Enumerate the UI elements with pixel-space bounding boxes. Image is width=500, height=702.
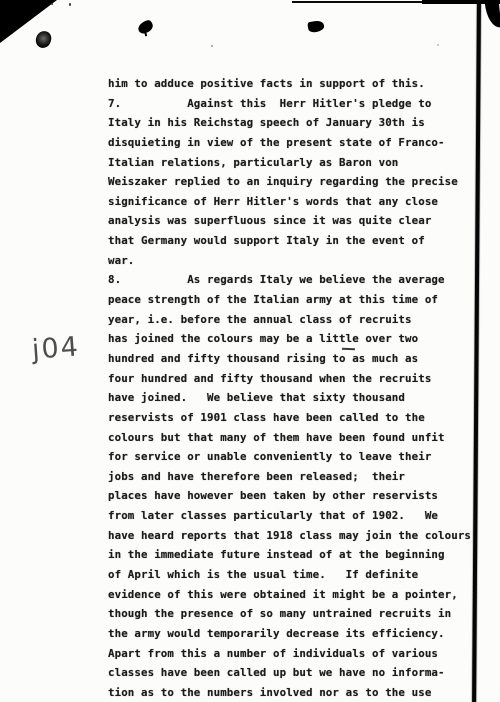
text-line: Weiszaker replied to an inquiry regardin… [108,172,471,192]
text-line: tion as to the numbers involved nor as t… [108,683,471,702]
text-line: 7. Against this Herr Hitler's pledge to [108,94,471,114]
text-line: Italian relations, particularly as Baron… [108,153,471,173]
text-line: the army would temporarily decrease its … [108,624,471,644]
scan-corner-shadow [485,0,500,29]
text-line: evidence of this were obtained it might … [108,585,471,605]
text-line: that Germany would support Italy in the … [108,231,471,251]
text-line: hundred and fifty thousand rising to as … [108,349,471,369]
text-line: Italy in his Reichstag speech of January… [108,113,471,133]
text-line: have heard reports that 1918 class may j… [108,526,471,546]
text-line: him to adduce positive facts in support … [108,74,471,94]
text-line: have joined. We believe that sixty thous… [108,388,471,408]
text-line: classes have been called up but we have … [108,663,471,683]
handwritten-note: j04 [31,331,81,365]
document-text: him to adduce positive facts in support … [108,74,471,702]
ink-blot-icon [307,20,325,34]
text-line: four hundred and fifty thousand when the… [108,369,471,389]
text-line: from later classes particularly that of … [108,506,471,526]
document-page: j04 him to adduce positive facts in supp… [0,0,500,702]
text-line: jobs and have therefore been released; t… [108,467,471,487]
text-line: reservists of 1901 class have been calle… [108,408,471,428]
text-line: disquieting in view of the present state… [108,133,471,153]
text-line: though the presence of so many untrained… [108,604,471,624]
scan-edge-line-top [292,1,424,3]
text-line: year, i.e. before the annual class of re… [108,310,471,330]
text-line: for service or unable conveniently to le… [108,447,471,467]
dust-speck [211,45,213,47]
text-line: of April which is the usual time. If def… [108,565,471,585]
scan-edge-line-right [472,0,481,702]
text-line: Apart from this a number of individuals … [108,644,471,664]
text-line: war. [108,251,471,271]
text-line: 8. As regards Italy we believe the avera… [108,270,471,290]
text-line: colours but that many of them have been … [108,428,471,448]
text-line: significance of Herr Hitler's words that… [108,192,471,212]
text-line: has joined the colours may be a little o… [108,329,471,349]
ink-blot-icon [137,19,154,34]
dust-speck [51,3,53,5]
dust-speck [437,44,439,46]
text-line: peace strength of the Italian army at th… [108,290,471,310]
text-line: places have however been taken by other … [108,486,471,506]
text-line: in the immediate future instead of at th… [108,545,471,565]
dust-speck [69,3,71,6]
ink-blot-icon [34,29,54,50]
text-line: analysis was superfluous since it was qu… [108,211,471,231]
